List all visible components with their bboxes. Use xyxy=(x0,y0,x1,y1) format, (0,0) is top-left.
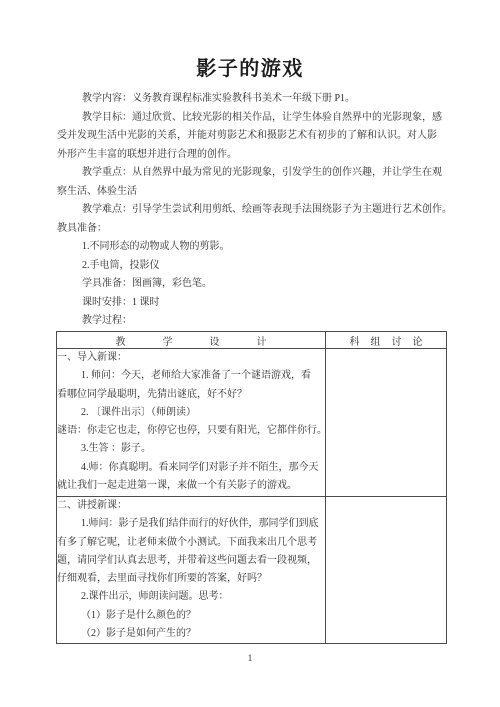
body-line: 外形产生丰富的联想并进行合理的创作。 xyxy=(57,146,457,165)
lesson-step-line: 就让我们一起走进第一课，来做一个有关影子的游戏。 xyxy=(57,477,325,495)
table-header-group-discussion: 科组讨论 xyxy=(326,332,447,349)
discussion-cell-empty xyxy=(326,349,447,497)
body-line: 教学内容：义务教育课程标准实验教科书美术一年级下册 P1。 xyxy=(57,90,457,109)
body-line: 受并发现生活中光影的关系，并能对剪影艺术和摄影艺术有初步的了解和认识。对人影 xyxy=(57,127,457,146)
lesson-step-line: 1.师问：影子是我们结伴而行的好伙伴，那同学们到底 xyxy=(57,515,325,533)
lesson-step-line: 一、导入新课： xyxy=(57,349,325,367)
body-line: 教学难点：引导学生尝试利用剪纸、绘画等表现手法围绕影子为主题进行艺术创作。 xyxy=(57,201,457,220)
lesson-step-line: 二、讲授新课： xyxy=(57,497,325,515)
lesson-section-intro-cell: 一、导入新课： 1. 师问：今天，老师给大家准备了一个谜语游戏，看 看哪位同学最… xyxy=(57,349,326,497)
lesson-step-line: 仔细观看，去里面寻找你们所要的答案，好吗？ xyxy=(57,570,325,588)
lesson-step-line: 4.师：你真聪明。看来同学们对影子并不陌生，那今天 xyxy=(57,459,325,477)
lesson-step-line: 3.生答 ：影子。 xyxy=(57,440,325,458)
body-line: 学具准备：图画簿，彩色笔。 xyxy=(57,275,457,294)
lesson-step-line: 看哪位同学最聪明，先猜出谜底，好不好？ xyxy=(57,386,325,404)
page-title: 影子的游戏 xyxy=(0,52,500,81)
lesson-step-line: （2）影子是如何产生的？ xyxy=(57,625,325,643)
body-line: 2.手电筒，投影仪 xyxy=(57,257,457,276)
lesson-step-line: 谜语：你走它也走，你停它也停，只要有阳光，它都伴你行。 xyxy=(57,422,325,440)
document-page: 影子的游戏 教学内容：义务教育课程标准实验教科书美术一年级下册 P1。 教学目标… xyxy=(0,0,500,707)
lesson-step-line: 2. 〔课件出示〕（师朗读） xyxy=(57,404,325,422)
table-row: 二、讲授新课： 1.师问：影子是我们结伴而行的好伙伴，那同学们到底 有多了解它呢… xyxy=(57,497,447,644)
table-row: 一、导入新课： 1. 师问：今天，老师给大家准备了一个谜语游戏，看 看哪位同学最… xyxy=(57,349,447,497)
lesson-table: 教学设计 科组讨论 一、导入新课： 1. 师问：今天，老师给大家准备了一个谜语游… xyxy=(56,331,447,644)
body-line: 1.不同形态的动物或人物的剪影。 xyxy=(57,238,457,257)
body-line: 教学重点：从自然界中最为常见的光影现象，引发学生的创作兴趣，并让学生在观 xyxy=(57,164,457,183)
lesson-plan-intro: 教学内容：义务教育课程标准实验教科书美术一年级下册 P1。 教学目标：通过欣赏、… xyxy=(57,90,457,331)
table-header-teaching-design: 教学设计 xyxy=(57,332,326,349)
body-line: 教学目标：通过欣赏、比较光影的相关作品，让学生体验自然界中的光影现象，感 xyxy=(57,109,457,128)
table-header-row: 教学设计 科组讨论 xyxy=(57,332,447,349)
body-line: 课时安排：1 课时 xyxy=(57,294,457,313)
lesson-step-line: （1）影子是什么颜色的？ xyxy=(57,607,325,625)
body-line: 教具准备： xyxy=(57,220,457,239)
lesson-step-line: 题，请同学们认真去思考，并带着这些问题去看一段视频， xyxy=(57,552,325,570)
lesson-step-line: 有多了解它呢，让老师来做个小测试。下面我来出几个思考 xyxy=(57,534,325,552)
body-line: 教学过程： xyxy=(57,312,457,331)
lesson-section-new-lesson-cell: 二、讲授新课： 1.师问：影子是我们结伴而行的好伙伴，那同学们到底 有多了解它呢… xyxy=(57,497,326,644)
lesson-step-line: 2.课件出示，师朗读问题。思考： xyxy=(57,588,325,606)
discussion-cell-empty xyxy=(326,497,447,644)
body-line: 察生活、体验生活 xyxy=(57,183,457,202)
page-number: 1 xyxy=(0,654,500,664)
lesson-step-line: 1. 师问：今天，老师给大家准备了一个谜语游戏，看 xyxy=(57,367,325,385)
